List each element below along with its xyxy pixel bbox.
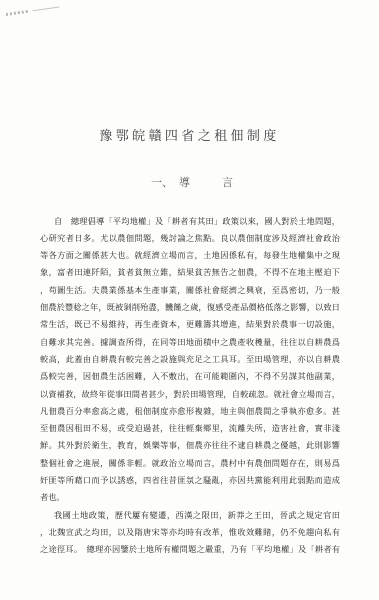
document-title: 豫鄂皖贛四省之租佃制度 <box>0 125 379 144</box>
text-line: 等各方面之關係甚大也。就經濟立場而言，土地因係私有，每發生地權集中之現 <box>40 247 340 264</box>
text-line: 常生活，既已不易維持，再生產資本，更難籌其增進，結果對於農事一切設施， <box>40 316 340 333</box>
text-line: 較高，此蓋由自耕農有較完善之設施與充足之工具耳。至田場管理，亦以自耕農 <box>40 351 340 368</box>
stamp-mark-line <box>33 6 60 11</box>
text-line: 心研究者日多。尤以農佃問題，幾討論之焦點。良以農佃制度涉及經濟社會政治 <box>40 230 340 247</box>
text-line: 鮮。其外對於衛生，教育，娛樂等事，佃農亦往往不逮自耕農之優越，此則影響 <box>40 437 340 454</box>
library-stamp-mark <box>6 5 60 18</box>
scanned-document-page: 豫鄂皖贛四省之租佃制度 一、 導 言 自 總理倡導「平均地權」及「耕者有其田」政… <box>0 0 379 600</box>
section-heading-char: 言 <box>222 174 233 190</box>
text-line: 凡佃農百分率愈高之處，租佃制度亦愈形複雜，地主與佃農間之爭執亦愈多。甚 <box>40 403 340 420</box>
text-line: ，苟圖生活。夫農業係基本生產事業，關係社會經濟之興衰，至爲密切，乃一般 <box>40 282 340 299</box>
text-line: 之途徑耳。 總理亦因鑒於土地所有權問題之嚴重，乃有「平均地權」及「耕者有 <box>40 541 340 558</box>
text-line: 象，富者田連阡陌，貧者貧無立錐，結果貧苦無告之佃農，不得不在地主壓迫下 <box>40 264 340 281</box>
text-line: ，北魏宣武之均田，以及隋唐宋等亦均時有改革，惟收效難睹，仍不免趨向私有 <box>40 524 340 541</box>
text-line: 爲較完善，因佃農生活困難，入不敷出，在可能範圍內，不得不另謀其他副業， <box>40 368 340 385</box>
text-line: 我國土地政策，歷代屢有變遷，西漢之限田，新莽之王田，晉武之規定官田 <box>40 507 340 524</box>
text-line: 奸匪等所藉口而予以誘惑，四省往昔匪氛之騷亂，亦因共黨能利用此弱點而造成 <box>40 472 340 489</box>
section-heading-char: 導 <box>179 174 190 190</box>
text-line: 佃農於豐稔之年，既被剝削殆盡，饑饉之歲，復感受產品價格低落之影響，以致日 <box>40 299 340 316</box>
text-line: 自難求其完善。據調查所得，在同等田地面積中之農產收穫量，往往以自耕農爲 <box>40 334 340 351</box>
text-line: 整個社會之進展，關係非輕。就政治立場而言，農村中有農佃問題存在，則易爲 <box>40 455 340 472</box>
text-line: 以資補救，故終年從事田間者甚少，對於田場管理，自較疏忽。就社會立場而言， <box>40 386 340 403</box>
section-number: 一、 <box>151 174 173 190</box>
text-line: 者也。 <box>40 489 340 506</box>
text-line: 自 總理倡導「平均地權」及「耕者有其田」政策以來，國人對於土地問題，悉 <box>40 213 340 230</box>
text-line: 至佃農因租田不易，或受迫過甚，往往輕棄鄉里，流離失所，造害社會，實非淺 <box>40 420 340 437</box>
stamp-mark-text <box>6 10 30 16</box>
